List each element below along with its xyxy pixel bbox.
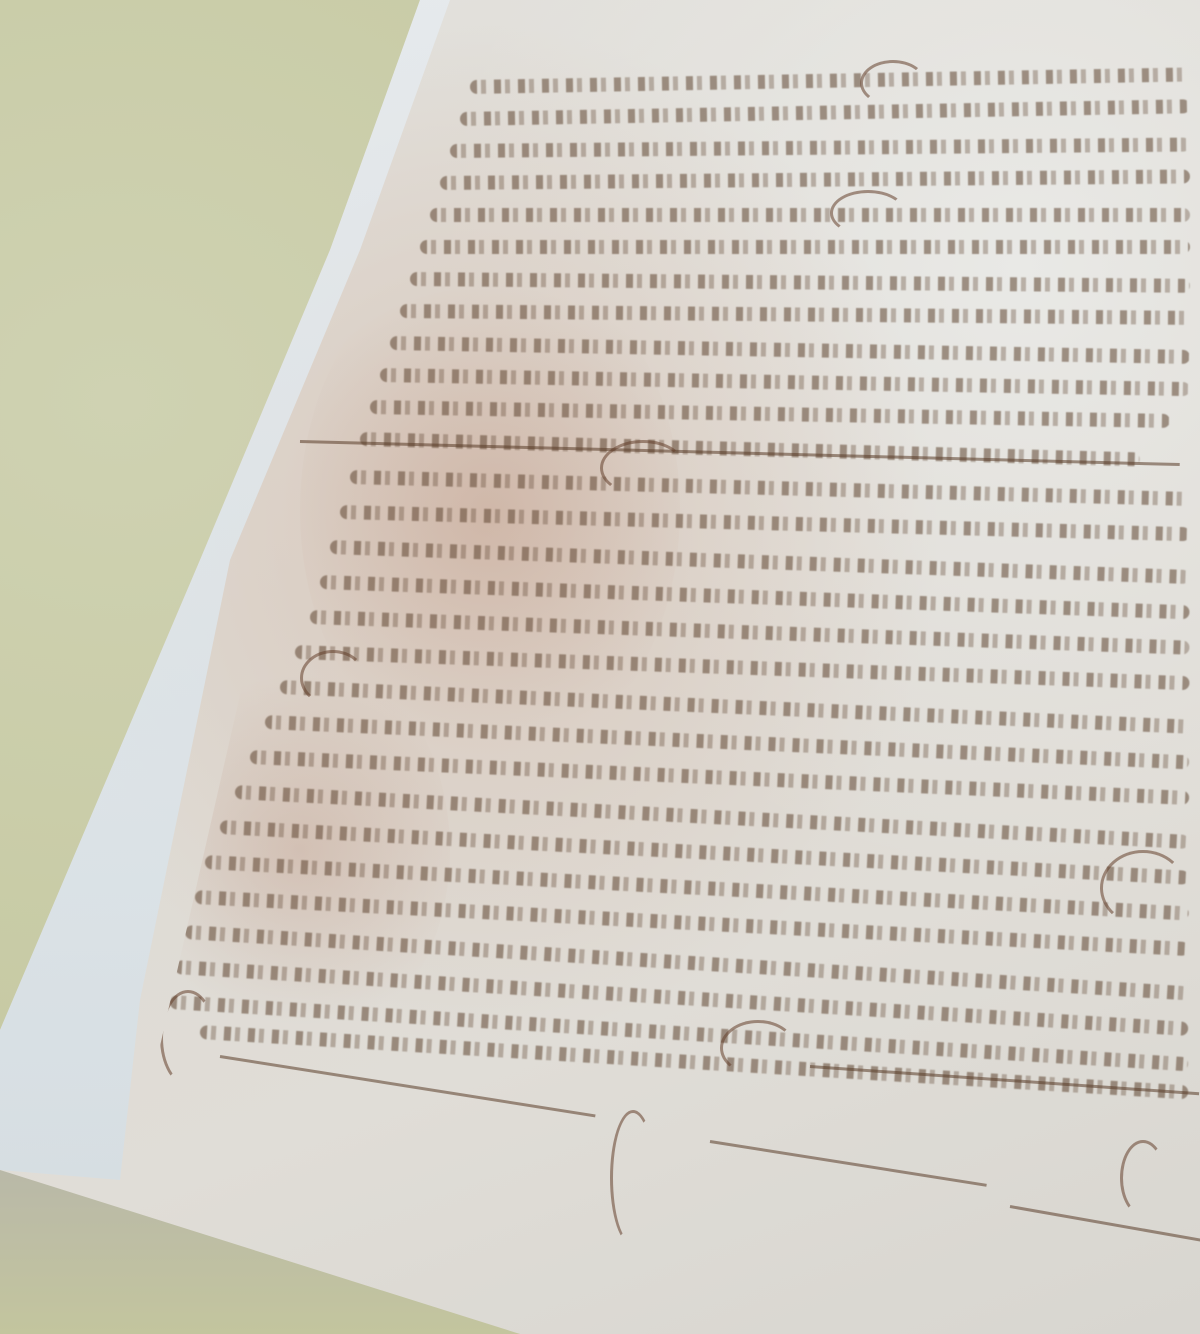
ruled-stroke <box>220 1055 596 1117</box>
script-line <box>440 169 1190 190</box>
signature-flourish <box>610 1110 656 1246</box>
script-line <box>460 99 1190 126</box>
ruled-stroke <box>810 1065 1199 1095</box>
ink-flourish <box>300 650 366 706</box>
ink-flourish <box>860 60 926 106</box>
script-line <box>430 208 1190 222</box>
ink-flourish <box>830 190 906 236</box>
ink-flourish <box>1100 850 1186 926</box>
script-line <box>470 67 1190 94</box>
ruled-stroke <box>1010 1205 1200 1243</box>
ruled-stroke <box>710 1140 987 1187</box>
ink-flourish <box>720 1020 796 1076</box>
script-line <box>420 240 1190 254</box>
ink-flourish <box>600 440 686 496</box>
script-line <box>450 138 1190 158</box>
ink-flourish <box>1120 1140 1166 1216</box>
